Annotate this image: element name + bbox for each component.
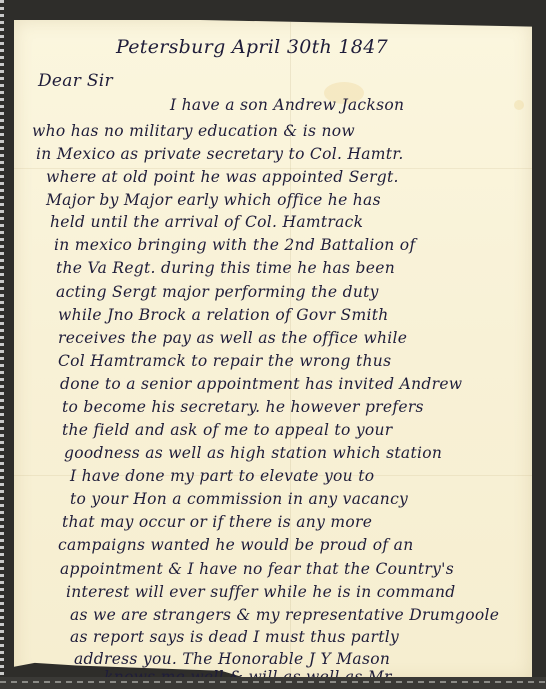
letter-line: Col Hamtramck to repair the wrong thus bbox=[58, 352, 391, 370]
letter-line: address you. The Honorable J Y Mason bbox=[74, 650, 390, 668]
letter-line: campaigns wanted he would be proud of an bbox=[58, 536, 413, 554]
fold-crease-vertical bbox=[290, 20, 291, 680]
letter-line: the field and ask of me to appeal to you… bbox=[62, 421, 393, 439]
letter-line: acting Sergt major performing the duty bbox=[56, 283, 379, 301]
letter-line: to your Hon a commission in any vacancy bbox=[70, 490, 408, 508]
letter-line: I have a son Andrew Jackson bbox=[170, 96, 404, 114]
letter-line: receives the pay as well as the office w… bbox=[58, 329, 407, 347]
film-strip-edge bbox=[0, 0, 4, 689]
letter-heading: Petersburg April 30th 1847 bbox=[116, 36, 388, 58]
letter-line: who has no military education & is now bbox=[32, 122, 355, 140]
letter-line: to become his secretary. he however pref… bbox=[62, 398, 424, 416]
letter-line: that may occur or if there is any more bbox=[62, 513, 372, 531]
letter-salutation: Dear Sir bbox=[38, 71, 113, 91]
letter-line: Major by Major early which office he has bbox=[46, 191, 381, 209]
letter-line: where at old point he was appointed Serg… bbox=[46, 168, 399, 186]
letter-line: in Mexico as private secretary to Col. H… bbox=[36, 145, 404, 163]
paper-stain bbox=[514, 100, 524, 110]
letter-line: as we are strangers & my representative … bbox=[70, 606, 499, 624]
letter-line: interest will ever suffer while he is in… bbox=[66, 583, 455, 601]
letter-line: appointment & I have no fear that the Co… bbox=[60, 560, 454, 578]
letter-line: in mexico bringing with the 2nd Battalio… bbox=[54, 236, 415, 254]
letter-paper bbox=[14, 20, 532, 680]
letter-line: done to a senior appointment has invited… bbox=[60, 375, 462, 393]
letter-line: as report says is dead I must thus partl… bbox=[70, 628, 399, 646]
letter-line: goodness as well as high station which s… bbox=[64, 444, 442, 462]
letter-line: held until the arrival of Col. Hamtrack bbox=[50, 213, 363, 231]
letter-line: the Va Regt. during this time he has bee… bbox=[56, 259, 395, 277]
letter-line: while Jno Brock a relation of Govr Smith bbox=[58, 306, 389, 324]
film-strip-edge bbox=[0, 677, 546, 689]
letter-line: I have done my part to elevate you to bbox=[70, 467, 374, 485]
